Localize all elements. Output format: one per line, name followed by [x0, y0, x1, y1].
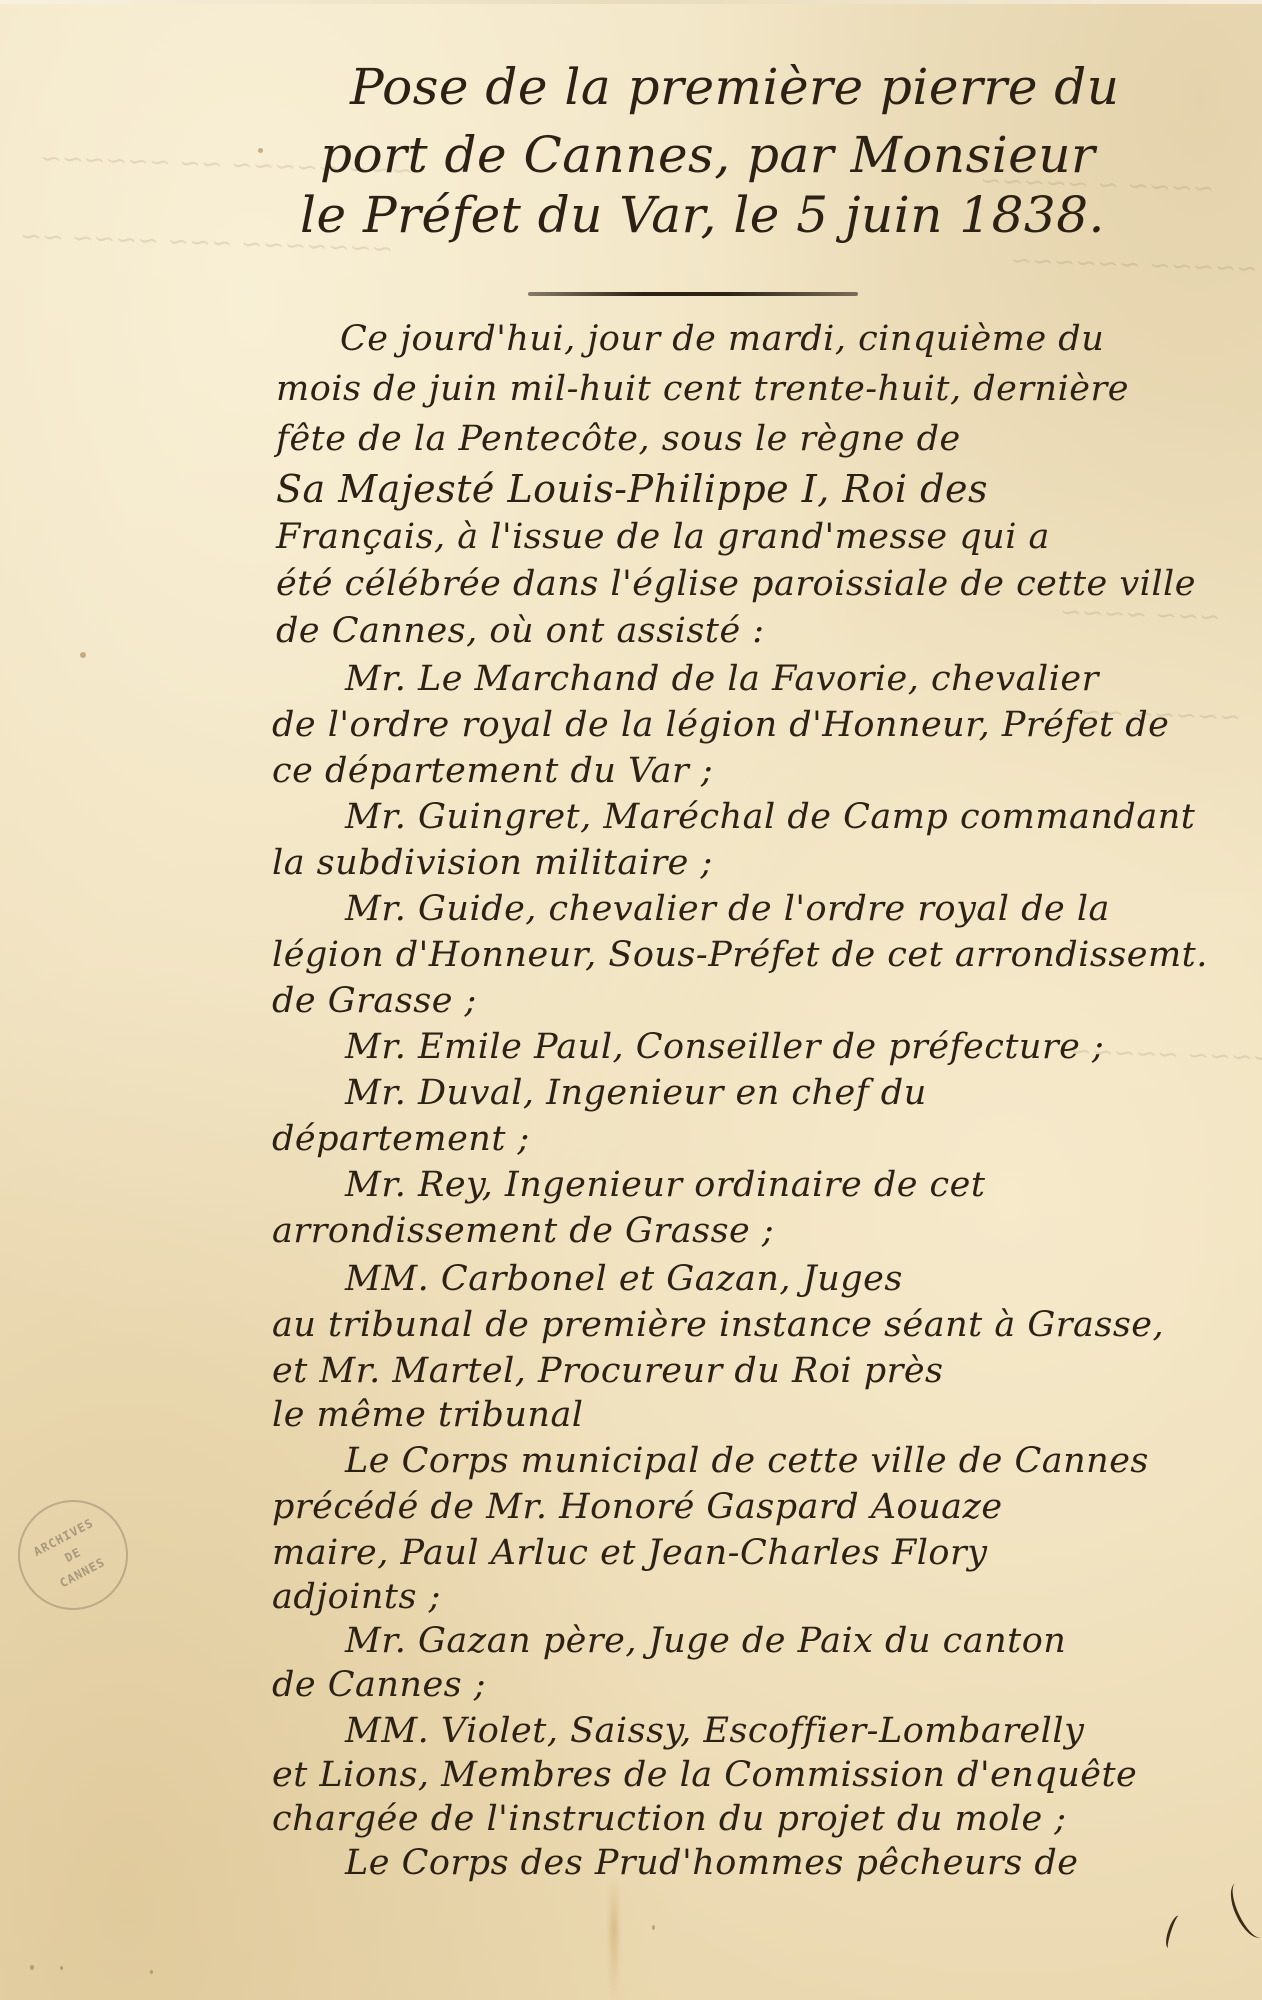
body-line: de Cannes, où ont assisté : [276, 614, 765, 649]
body-line: chargée de l'instruction du projet du mo… [272, 1802, 1067, 1837]
body-line: de Grasse ; [272, 984, 477, 1019]
body-line: de l'ordre royal de la légion d'Honneur,… [272, 708, 1169, 743]
body-line: et Mr. Martel, Procureur du Roi près [272, 1354, 944, 1389]
body-line: Le Corps municipal de cette ville de Can… [345, 1444, 1149, 1479]
body-line: département ; [272, 1122, 530, 1157]
ink-speck [80, 652, 86, 658]
ink-speck [652, 1925, 655, 1930]
body-line: Mr. Rey, Ingenieur ordinaire de cet [345, 1168, 985, 1203]
paper-stain [610, 1880, 618, 2000]
page-top-edge [0, 0, 1262, 4]
manuscript-page: ~~~ ~~~~~ ~~ ~~~~~~ ~~~~~~~ ~~~ ~~~~ ~~ … [0, 0, 1262, 2000]
body-line: MM. Violet, Saissy, Escoffier-Lombarelly [345, 1714, 1084, 1749]
body-line: Ce jourd'hui, jour de mardi, cinquième d… [340, 322, 1104, 357]
body-line: maire, Paul Arluc et Jean-Charles Flory [272, 1536, 987, 1571]
body-line: MM. Carbonel et Gazan, Juges [345, 1262, 903, 1297]
pen-stroke [1224, 1877, 1262, 1943]
title-line-3: le Préfet du Var, le 5 juin 1838. [300, 190, 1105, 240]
body-line: été célébrée dans l'église paroissiale d… [276, 567, 1196, 602]
bleed-through-text: ~~~~~ ~~~~~~ [1010, 246, 1259, 285]
body-line: ce département du Var ; [272, 754, 713, 789]
ink-speck [150, 1970, 153, 1974]
body-line: Mr. Guide, chevalier de l'ordre royal de… [345, 892, 1110, 927]
stamp-line: CANNES [57, 1555, 107, 1591]
body-line: Mr. Duval, Ingenieur en chef du [345, 1076, 927, 1111]
body-line: Mr. Guingret, Maréchal de Camp commandan… [345, 800, 1195, 835]
ink-speck [60, 1966, 63, 1970]
body-line: mois de juin mil-huit cent trente-huit, … [276, 372, 1129, 407]
body-line: arrondissement de Grasse ; [272, 1214, 774, 1249]
body-line: au tribunal de première instance séant à… [272, 1308, 1164, 1343]
body-line: Sa Majesté Louis-Philippe I, Roi des [276, 470, 988, 508]
body-line: légion d'Honneur, Sous-Préfet de cet arr… [272, 938, 1208, 973]
title-line-1: Pose de la première pierre du [350, 62, 1120, 112]
body-line: Le Corps des Prud'hommes pêcheurs de [345, 1846, 1078, 1881]
body-line: et Lions, Membres de la Commission d'enq… [272, 1758, 1137, 1793]
ink-speck [258, 148, 263, 153]
body-line: le même tribunal [272, 1398, 584, 1433]
body-line: fête de la Pentecôte, sous le règne de [276, 422, 961, 457]
body-line: Mr. Gazan père, Juge de Paix du canton [345, 1624, 1066, 1659]
ink-speck [30, 1965, 34, 1970]
title-line-2: port de Cannes, par Monsieur [320, 130, 1095, 180]
title-divider [528, 292, 858, 296]
body-line: la subdivision militaire ; [272, 846, 713, 881]
body-line: Mr. Emile Paul, Conseiller de préfecture… [345, 1030, 1104, 1065]
pen-stroke [1163, 1914, 1184, 1950]
body-line: Mr. Le Marchand de la Favorie, chevalier [345, 662, 1099, 697]
body-line: de Cannes ; [272, 1668, 486, 1703]
archive-stamp: ARCHIVES DE CANNES [0, 1481, 147, 1630]
body-line: précédé de Mr. Honoré Gaspard Aouaze [272, 1490, 1003, 1525]
body-line: Français, à l'issue de la grand'messe qu… [276, 520, 1050, 555]
stamp-line: DE [62, 1545, 83, 1565]
body-line: adjoints ; [272, 1580, 441, 1615]
